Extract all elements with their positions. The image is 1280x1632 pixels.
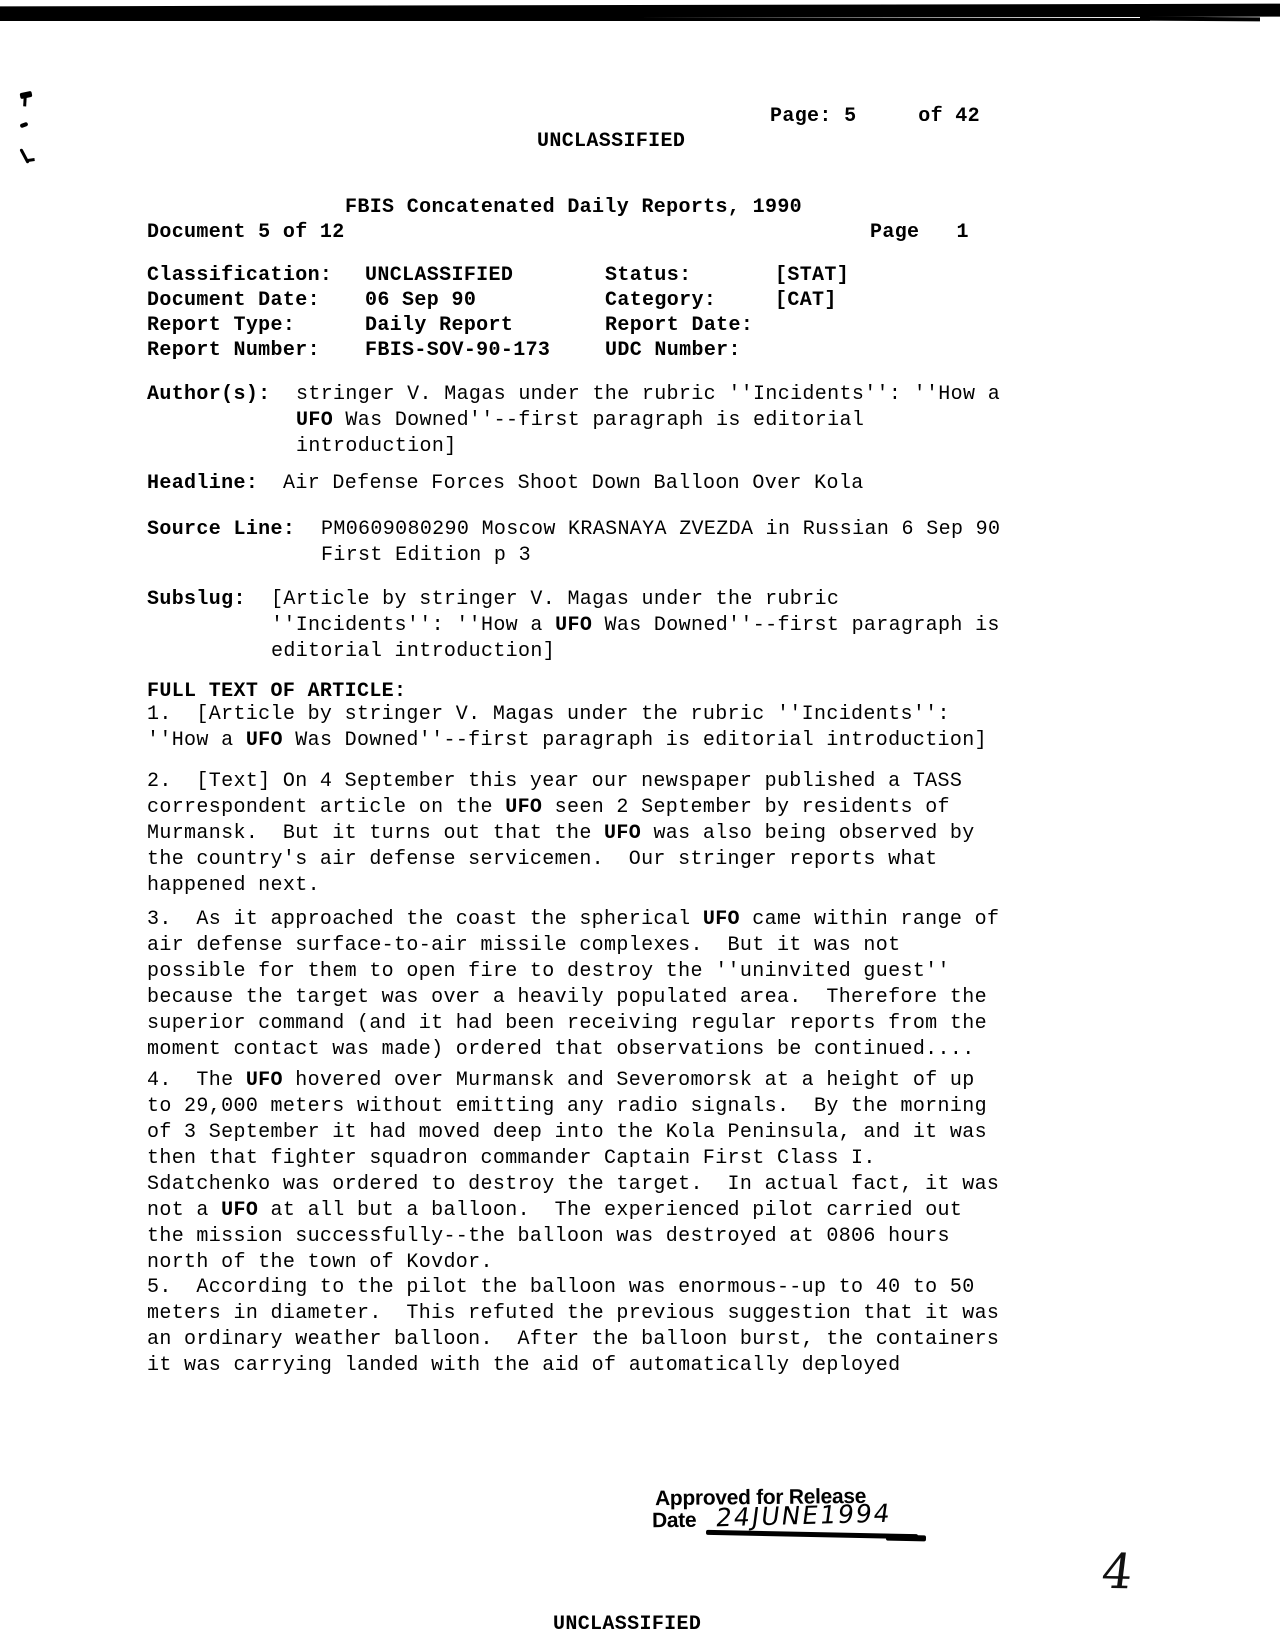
classification-banner-top: UNCLASSIFIED <box>537 129 685 155</box>
metadata-row: Document Date: 06 Sep 90 Category: [CAT] <box>0 288 1280 314</box>
margin-ink-mark <box>19 148 29 164</box>
meta-value: UNCLASSIFIED <box>365 263 513 289</box>
meta-value: FBIS-SOV-90-173 <box>365 338 550 364</box>
scan-top-bar-underline <box>0 18 1150 21</box>
stamp-date-underline-end <box>886 1535 926 1542</box>
page-number: Page 1 <box>870 220 969 246</box>
metadata-row: Report Type: Daily Report Report Date: <box>0 313 1280 339</box>
stamp-date-label: Date <box>652 1509 697 1533</box>
authors-label: Author(s): <box>147 382 271 408</box>
meta-value: [STAT] <box>775 263 849 289</box>
meta-value: 06 Sep 90 <box>365 288 476 314</box>
meta-value: [CAT] <box>775 288 837 314</box>
article-paragraph-5: 5. According to the pilot the balloon wa… <box>147 1275 999 1379</box>
handwritten-release-date: 24JUNE1994 <box>714 1499 893 1533</box>
meta-label: Document Date: <box>147 288 320 314</box>
meta-value: Daily Report <box>365 313 513 339</box>
classification-banner-bottom: UNCLASSIFIED <box>553 1612 701 1632</box>
source-line-label: Source Line: <box>147 517 295 543</box>
meta-label: Category: <box>605 288 716 314</box>
margin-ink-mark <box>20 122 29 128</box>
metadata-row: Classification: UNCLASSIFIED Status: [ST… <box>0 263 1280 289</box>
handwritten-page-number: 4 <box>1099 1544 1136 1601</box>
metadata-row: Report Number: FBIS-SOV-90-173 UDC Numbe… <box>0 338 1280 364</box>
report-title: FBIS Concatenated Daily Reports, 1990 <box>345 195 802 221</box>
page-indicator: Page: 5 of 42 <box>770 104 980 130</box>
authors-text: stringer V. Magas under the rubric ''Inc… <box>296 382 1000 460</box>
article-paragraph-4: 4. The UFO hovered over Murmansk and Sev… <box>147 1068 999 1276</box>
meta-label: Report Date: <box>605 313 753 339</box>
margin-ink-mark <box>20 91 33 99</box>
subslug-text: [Article by stringer V. Magas under the … <box>271 587 1000 665</box>
source-line-text: PM0609080290 Moscow KRASNAYA ZVEZDA in R… <box>321 517 1000 569</box>
headline-label: Headline: <box>147 471 258 497</box>
meta-label: Report Type: <box>147 313 295 339</box>
scan-top-bar-right-fragment <box>1140 17 1260 22</box>
scan-top-bar <box>0 4 1280 20</box>
article-paragraph-3: 3. As it approached the coast the spheri… <box>147 907 999 1063</box>
article-paragraph-2: 2. [Text] On 4 September this year our n… <box>147 769 975 899</box>
meta-label: Report Number: <box>147 338 320 364</box>
meta-label: Status: <box>605 263 691 289</box>
meta-label: Classification: <box>147 263 332 289</box>
headline-text: Air Defense Forces Shoot Down Balloon Ov… <box>283 471 864 497</box>
subslug-label: Subslug: <box>147 587 246 613</box>
document-position: Document 5 of 12 <box>147 220 345 246</box>
article-paragraph-1: 1. [Article by stringer V. Magas under t… <box>147 702 987 754</box>
scanned-document-page: Page: 5 of 42 UNCLASSIFIED FBIS Concaten… <box>0 0 1280 1632</box>
meta-label: UDC Number: <box>605 338 741 364</box>
